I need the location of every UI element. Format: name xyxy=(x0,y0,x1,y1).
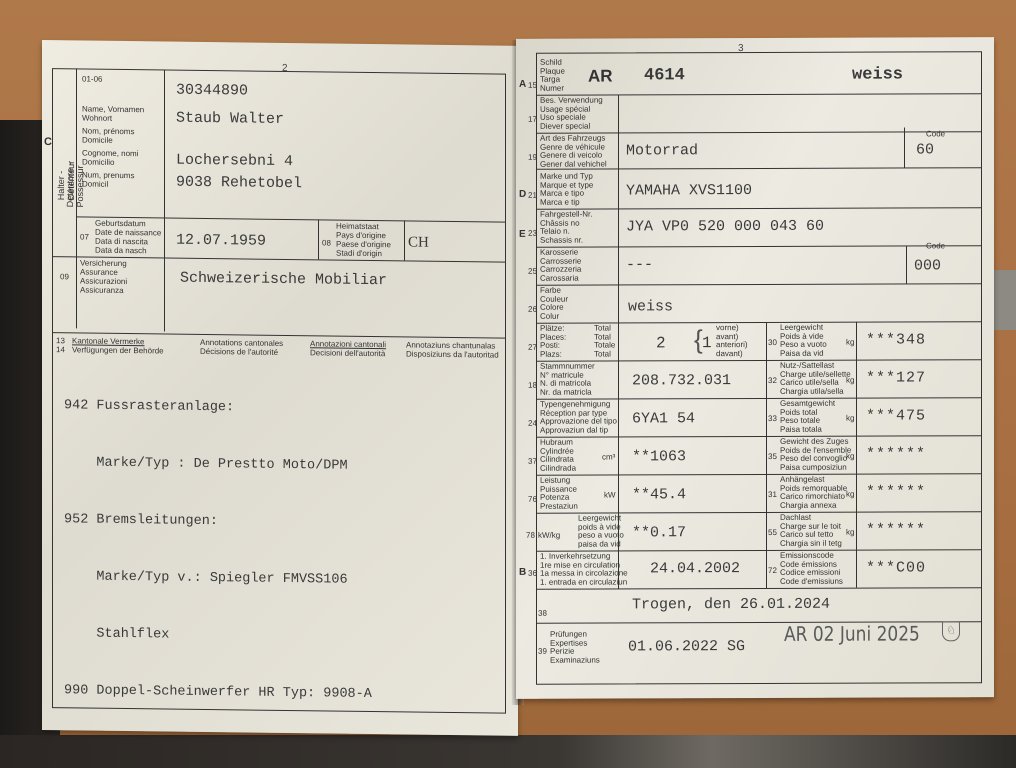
plate-number: 4614 xyxy=(644,66,685,85)
holder-id-number: 30344890 xyxy=(176,82,248,100)
weight-value: ****** xyxy=(866,483,926,500)
annotation-line: Stahlflex xyxy=(64,624,372,647)
master-number: 208.732.031 xyxy=(632,372,731,389)
weight-row: 72EmissionscodeCode émissionsCodice emis… xyxy=(766,549,982,588)
annotation-line: 990 Doppel-Scheinwerfer HR Typ: 9908-A xyxy=(64,681,372,704)
chassis-number: JYA VP0 520 000 043 60 xyxy=(626,218,824,236)
weight-label: Nutz-/SattellastCharge utile/selletteCar… xyxy=(780,362,851,396)
make-model-label: Marke und TypMarque et type Marca e tipo… xyxy=(540,173,593,207)
weight-label: GesamtgewichtPoids totalPeso totalePaisa… xyxy=(780,400,835,434)
first-registration-label: 1. Inverkehrsetzung1re mise en circulati… xyxy=(540,552,628,586)
first-registration-date: 24.04.2002 xyxy=(650,560,740,577)
annotations-list: 942 Fussrasteranlage: Marke/Typ : De Pre… xyxy=(64,358,372,742)
annotation-line: 942 Fussrasteranlage: xyxy=(64,396,372,419)
weight-value: ***C00 xyxy=(866,559,926,576)
section-letter-e: E xyxy=(519,229,526,240)
insurance-label: VersicherungAssurance AssicurazioniAssic… xyxy=(80,258,127,295)
plate-label: SchildPlaque TargaNumer xyxy=(540,59,565,93)
annotations-codes: 1314 xyxy=(56,336,65,354)
body-type: --- xyxy=(626,256,653,273)
right-page: 3 A D E B 15 SchildPlaque TargaNumer AR … xyxy=(516,37,994,699)
holder-name: Staub Walter xyxy=(176,110,284,128)
insurance-code: 09 xyxy=(60,272,69,281)
canton-crest-icon: ♘ xyxy=(942,621,960,641)
annotations-header-fr: Annotations cantonalesDécisions de l'aut… xyxy=(200,338,283,357)
annotations-header-it: Annotazioni cantonaliDecisioni dell'auto… xyxy=(310,339,386,358)
weight-label: LeergewichtPoids à videPeso a vuotoPaisa… xyxy=(780,324,827,358)
background-ground xyxy=(0,735,1016,768)
weight-row: 33GesamtgewichtPoids totalPeso totalePai… xyxy=(766,397,982,436)
inspection-date: 01.06.2022 SG xyxy=(628,638,745,655)
type-approval: 6YA1 54 xyxy=(632,410,695,427)
origin-code: 08 xyxy=(322,238,331,247)
weight-label: Gewicht des ZugesPoids de l'ensemblePeso… xyxy=(780,438,851,472)
make-model: YAMAHA XVS1100 xyxy=(626,182,752,199)
section-letter-d: D xyxy=(519,189,526,200)
color-label: FarbeCouleur ColoreColur xyxy=(540,287,568,321)
annotations-header-rm: Annotaziuns chantunalasDisposiziuns da l… xyxy=(406,340,499,359)
displacement-label: HubraumCylindrée CilindrataCilindrada xyxy=(540,439,576,473)
holder-street: Lochersebni 4 xyxy=(176,152,293,170)
type-approval-label: TypengenehmigungRéception par type Appro… xyxy=(540,400,617,434)
displacement: **1063 xyxy=(632,448,686,465)
vehicle-type: Motorrad xyxy=(626,142,698,159)
seats-total: 2 xyxy=(656,334,666,352)
inspection-stamp: AR 02 Juni 2025 xyxy=(784,621,920,645)
birth-code: 07 xyxy=(80,232,89,241)
birth-date: 12.07.1959 xyxy=(176,232,266,250)
body-code: 000 xyxy=(914,257,941,274)
chassis-label: Fahrgestell-Nr.Châssis no Telaio n.Schas… xyxy=(540,211,592,245)
annotations-header-de: Kantonale VermerkeVerfügungen der Behörd… xyxy=(72,336,164,355)
weight-label: EmissionscodeCode émissionsCodice emissi… xyxy=(780,552,843,586)
annotation-line: Marke/Typ : De Prestto Moto/DPM xyxy=(64,453,372,476)
seats-label: Plätze:Places: Posti:Plazs: xyxy=(540,325,566,359)
inspections-label: PrüfungenExpertises PerizieExaminaziuns xyxy=(550,631,600,665)
vehicle-color: weiss xyxy=(628,298,673,315)
plate-color: weiss xyxy=(852,65,903,84)
weight-row: 30LeergewichtPoids à videPeso a vuotoPai… xyxy=(766,321,982,360)
place-date: Trogen, den 26.01.2024 xyxy=(632,596,830,614)
special-use-label: Bes. VerwendungUsage spécial Uso special… xyxy=(540,97,603,131)
section-letter-a: A xyxy=(519,79,526,90)
weight-value: ***127 xyxy=(866,369,926,386)
plate-canton: AR xyxy=(588,66,613,86)
section-letter-c: C xyxy=(44,136,52,148)
weight-row: 32Nutz-/SattellastCharge utile/selletteC… xyxy=(766,359,982,398)
birth-label: GeburtsdatumDate de naissance Data di na… xyxy=(95,219,161,256)
vehicle-type-code: 60 xyxy=(916,141,934,158)
body-label: KarosserieCarrosserie CarrozzeriaCarossa… xyxy=(540,249,581,283)
weight-row: 31AnhängelastPoids remorquableCarico rim… xyxy=(766,473,982,512)
holder-label: Name, VornamenWohnort Nom, prénomsDomici… xyxy=(82,104,144,189)
master-number-label: StammnummerN° matricule N. di matricolaN… xyxy=(540,363,595,397)
origin-label: HeimatstaatPays d'origine Paese d'origin… xyxy=(336,222,391,259)
weight-value: ***475 xyxy=(866,407,926,424)
weight-value: ****** xyxy=(866,521,926,538)
origin-country: CH xyxy=(408,234,429,251)
weight-row: 35Gewicht des ZugesPoids de l'ensemblePe… xyxy=(766,435,982,474)
vehicle-type-label: Art des FahrzeugsGenre de véhicule Gener… xyxy=(540,135,607,169)
left-page: 2 C Halter - Détenteur Detentore - Posse… xyxy=(42,40,518,736)
weight-row: 55DachlastCharge sur le toitCarico sul t… xyxy=(766,511,982,550)
insurance-company: Schweizerische Mobiliar xyxy=(180,270,387,290)
holder-field-code: 01-06 xyxy=(82,74,102,83)
power-weight-ratio: **0.17 xyxy=(632,524,686,541)
seats-front: 1 xyxy=(702,334,712,352)
annotation-line: 952 Bremsleitungen: xyxy=(64,510,372,533)
weight-label: AnhängelastPoids remorquableCarico rimor… xyxy=(780,476,847,510)
annotation-line: Marke/Typ v.: Spiegler FMVSS106 xyxy=(64,567,372,590)
power: **45.4 xyxy=(632,486,686,503)
holder-city: 9038 Rehetobel xyxy=(176,174,302,193)
power-weight-label: Leergewichtpoids à vide peso a vuotopais… xyxy=(578,514,624,548)
weight-value: ***348 xyxy=(866,331,926,348)
section-letter-b: B xyxy=(519,567,526,578)
power-label: LeistungPuissance PotenzaPrestaziun xyxy=(540,477,578,511)
weight-value: ****** xyxy=(866,445,926,462)
weight-label: DachlastCharge sur le toitCarico sul tet… xyxy=(780,514,842,548)
